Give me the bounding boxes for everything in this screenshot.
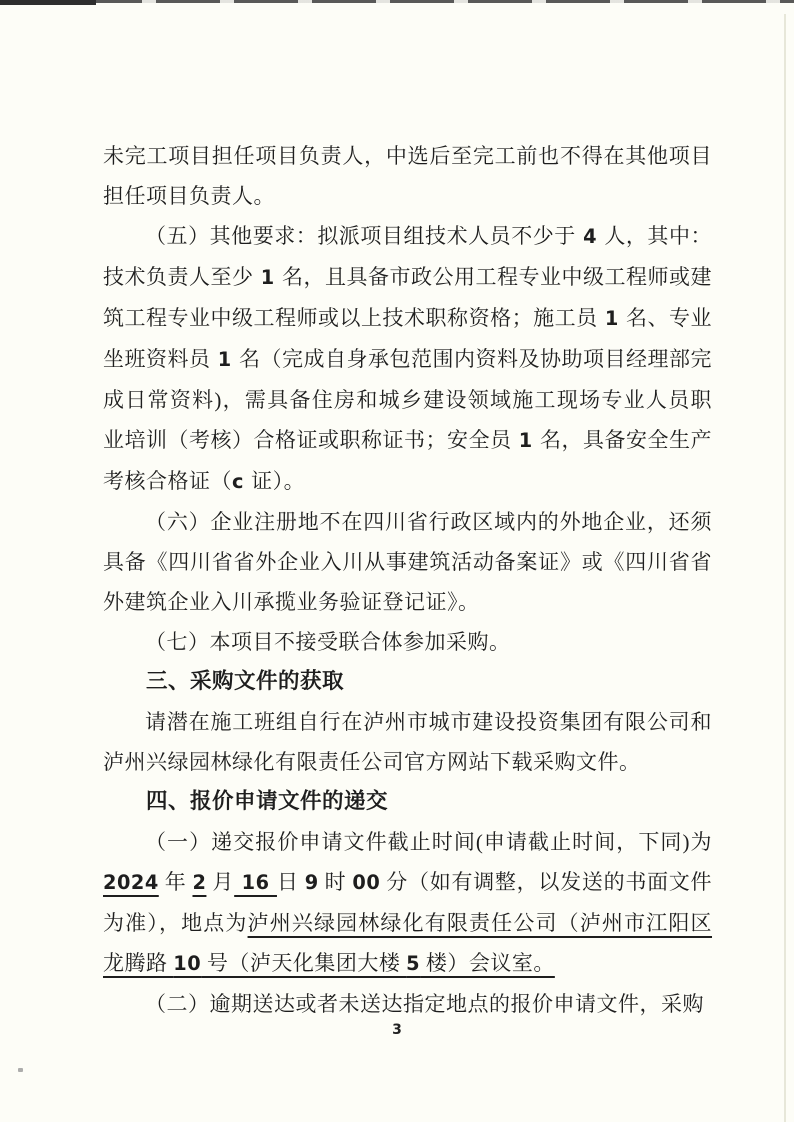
text-segment: 1 — [512, 429, 540, 452]
text-segment: 日 — [277, 870, 305, 894]
scan-artifact-right-edge — [784, 14, 786, 1122]
para-continuation-negligent-person: 未完工项目担任项目负责人，中选后至完工前也不得在其他项目担任项目负责人。 — [103, 136, 712, 216]
underlined-text-segment: 楼）会议室。 — [420, 951, 555, 975]
para-download-documents: 请潜在施工班组自行在泸州市城市建设投资集团有限公司和泸州兴绿园林绿化有限责任公司… — [103, 702, 712, 782]
text-segment: 时 — [319, 870, 353, 894]
text-segment: 四、报价申请文件的递交 — [146, 789, 388, 814]
text-segment: 月 — [206, 870, 234, 894]
text-segment: 证）。 — [251, 469, 305, 493]
scan-artifact-top-left-block — [0, 0, 96, 5]
underlined-text-segment: 号（泸天化集团大楼 — [201, 951, 406, 975]
document-body: 未完工项目担任项目负责人，中选后至完工前也不得在其他项目担任项目负责人。（五）其… — [103, 136, 712, 1024]
text-segment: 9 — [305, 871, 319, 894]
heading-section-4-submission: 四、报价申请文件的递交 — [103, 782, 712, 822]
para-item-5-other-requirements: （五）其他要求：拟派项目组技术人员不少于 4 人，其中：技术负责人至少 1 名，… — [103, 216, 712, 502]
underlined-text-segment: 2 — [192, 871, 206, 894]
text-segment: c — [232, 470, 251, 493]
text-segment: 三、采购文件的获取 — [146, 669, 344, 694]
text-segment: （五）其他要求：拟派项目组技术人员不少于 — [145, 224, 576, 248]
page-number: 3 — [0, 1022, 794, 1038]
para-item-7-no-consortium: （七）本项目不接受联合体参加采购。 — [103, 622, 712, 662]
heading-section-3-obtain-documents: 三、采购文件的获取 — [103, 662, 712, 702]
text-segment: 年 — [159, 870, 193, 894]
underlined-text-segment: 16 — [234, 871, 277, 894]
para-item-1-deadline-location: （一）递交报价申请文件截止时间(申请截止时间，下同)为2024 年 2 月 16… — [103, 822, 712, 984]
scan-artifact-top-edge — [0, 0, 794, 3]
document-page: 未完工项目担任项目负责人，中选后至完工前也不得在其他项目担任项目负责人。（五）其… — [0, 0, 794, 1122]
underlined-text-segment: 10 — [173, 952, 201, 975]
underlined-text-segment: 5 — [406, 952, 420, 975]
text-segment: 00 — [352, 871, 380, 894]
scan-artifact-speck — [18, 1068, 23, 1072]
text-segment: 1 — [254, 266, 282, 289]
text-segment: （七）本项目不接受联合体参加采购。 — [145, 630, 511, 654]
para-item-2-late-delivery: （二）逾期送达或者未送达指定地点的报价申请文件，采购 — [103, 984, 712, 1024]
text-segment: （二）逾期送达或者未送达指定地点的报价申请文件，采购 — [145, 992, 704, 1016]
text-segment: 1 — [211, 348, 239, 371]
text-segment: （六）企业注册地不在四川省行政区域内的外地企业，还须具备《四川省省外企业入川从事… — [103, 510, 712, 614]
underlined-text-segment: 2024 — [103, 871, 159, 894]
text-segment: 1 — [598, 307, 626, 330]
text-segment: 未完工项目担任项目负责人，中选后至完工前也不得在其他项目担任项目负责人。 — [103, 144, 712, 208]
text-segment: 请潜在施工班组自行在泸州市城市建设投资集团有限公司和泸州兴绿园林绿化有限责任公司… — [103, 710, 712, 774]
text-segment: 4 — [576, 225, 604, 248]
text-segment: （一）递交报价申请文件截止时间(申请截止时间，下同)为 — [145, 830, 712, 854]
para-item-6-out-of-province: （六）企业注册地不在四川省行政区域内的外地企业，还须具备《四川省省外企业入川从事… — [103, 502, 712, 622]
